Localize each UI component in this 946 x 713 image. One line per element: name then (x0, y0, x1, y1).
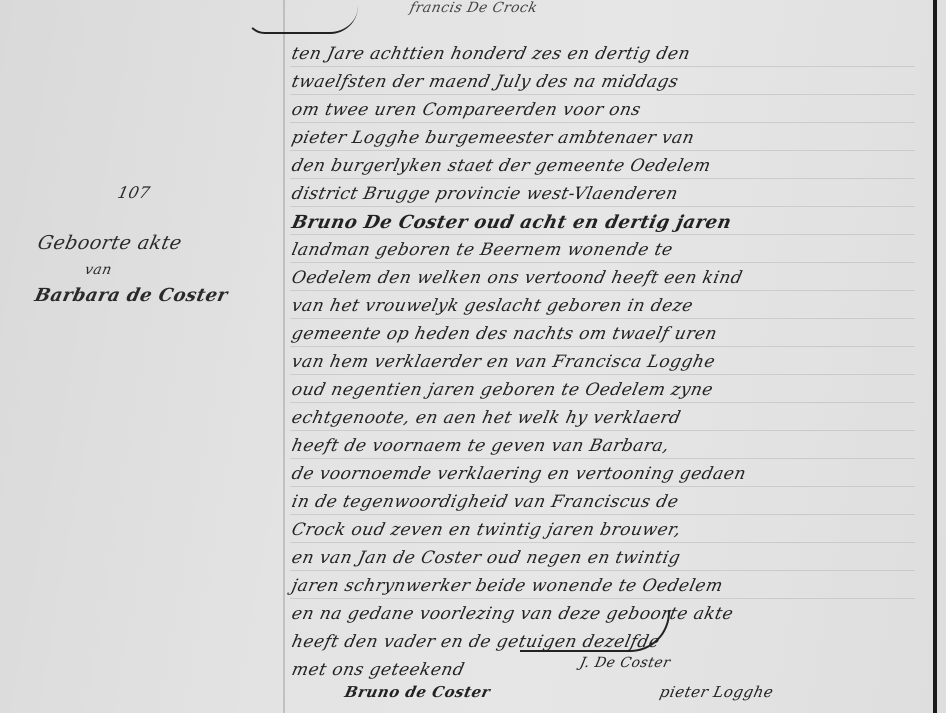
ruled-line (290, 598, 915, 599)
margin-rule (283, 0, 285, 713)
body-line: landman geboren te Beernem wonende te (290, 240, 675, 260)
body-line: echtgenoote, en aen het welk hy verklaer… (290, 408, 683, 428)
body-line: Crock oud zeven en twintig jaren brouwer… (290, 520, 683, 540)
signature-flourish (520, 610, 670, 652)
ruled-line (290, 318, 915, 319)
body-line-child-name: heeft de voornaem te geven van Barbara, (290, 436, 671, 456)
body-line: gemeente op heden des nachts om twaelf u… (290, 324, 719, 344)
body-line: oud negentien jaren geboren te Oedelem z… (290, 380, 715, 400)
body-line: om twee uren Compareerden voor ons (290, 100, 643, 120)
ruled-line (290, 234, 915, 235)
body-line: district Brugge provincie west-Vlaendere… (290, 184, 680, 204)
ruled-line (290, 262, 915, 263)
body-line: jaren schrynwerker beide wonende te Oede… (290, 576, 725, 596)
ruled-line (290, 486, 915, 487)
top-signature-fragment: francis De Crock (408, 0, 539, 16)
ruled-line (290, 94, 915, 95)
body-line: pieter Logghe burgemeester ambtenaer van (290, 128, 696, 148)
signature-flourish (246, 6, 358, 34)
margin-title: Geboorte akte (36, 232, 184, 254)
ruled-line (290, 374, 915, 375)
body-line: den burgerlyken staet der gemeente Oedel… (290, 156, 713, 176)
body-line: ten Jare achttien honderd zes en dertig … (290, 44, 692, 64)
ruled-line (290, 458, 915, 459)
ruled-line (290, 346, 915, 347)
ruled-line (290, 206, 915, 207)
official-signature: pieter Logghe (658, 683, 775, 701)
body-line: van hem verklaerder en van Francisca Log… (290, 352, 717, 372)
body-line-father: Bruno De Coster oud acht en dertig jaren (290, 212, 734, 233)
ruled-line (290, 150, 915, 151)
body-line: met ons geteekend (290, 660, 467, 680)
ruled-line (290, 430, 915, 431)
entry-number: 107 (116, 183, 152, 202)
father-signature: Bruno de Coster (343, 683, 492, 701)
register-page: francis De Crock 107 Geboorte akte van B… (0, 0, 946, 713)
ruled-line (290, 122, 915, 123)
page-edge-line (933, 0, 937, 713)
inline-signature: J. De Coster (578, 655, 672, 671)
ruled-line (290, 542, 915, 543)
ruled-line (290, 290, 915, 291)
body-line: twaelfsten der maend July des na middags (290, 72, 680, 92)
ruled-line (290, 570, 915, 571)
body-line: in de tegenwoordigheid van Franciscus de (290, 492, 681, 512)
body-line: de voornoemde verklaering en vertooning … (290, 464, 748, 484)
margin-subject-name: Barbara de Coster (33, 285, 230, 306)
body-line: en van Jan de Coster oud negen en twinti… (290, 548, 682, 568)
ruled-line (290, 402, 915, 403)
ruled-line (290, 66, 915, 67)
ruled-line (290, 178, 915, 179)
margin-van: van (83, 262, 113, 278)
ruled-line (290, 514, 915, 515)
body-line: van het vrouwelyk geslacht geboren in de… (290, 296, 695, 316)
body-line: Oedelem den welken ons vertoond heeft ee… (290, 268, 745, 288)
